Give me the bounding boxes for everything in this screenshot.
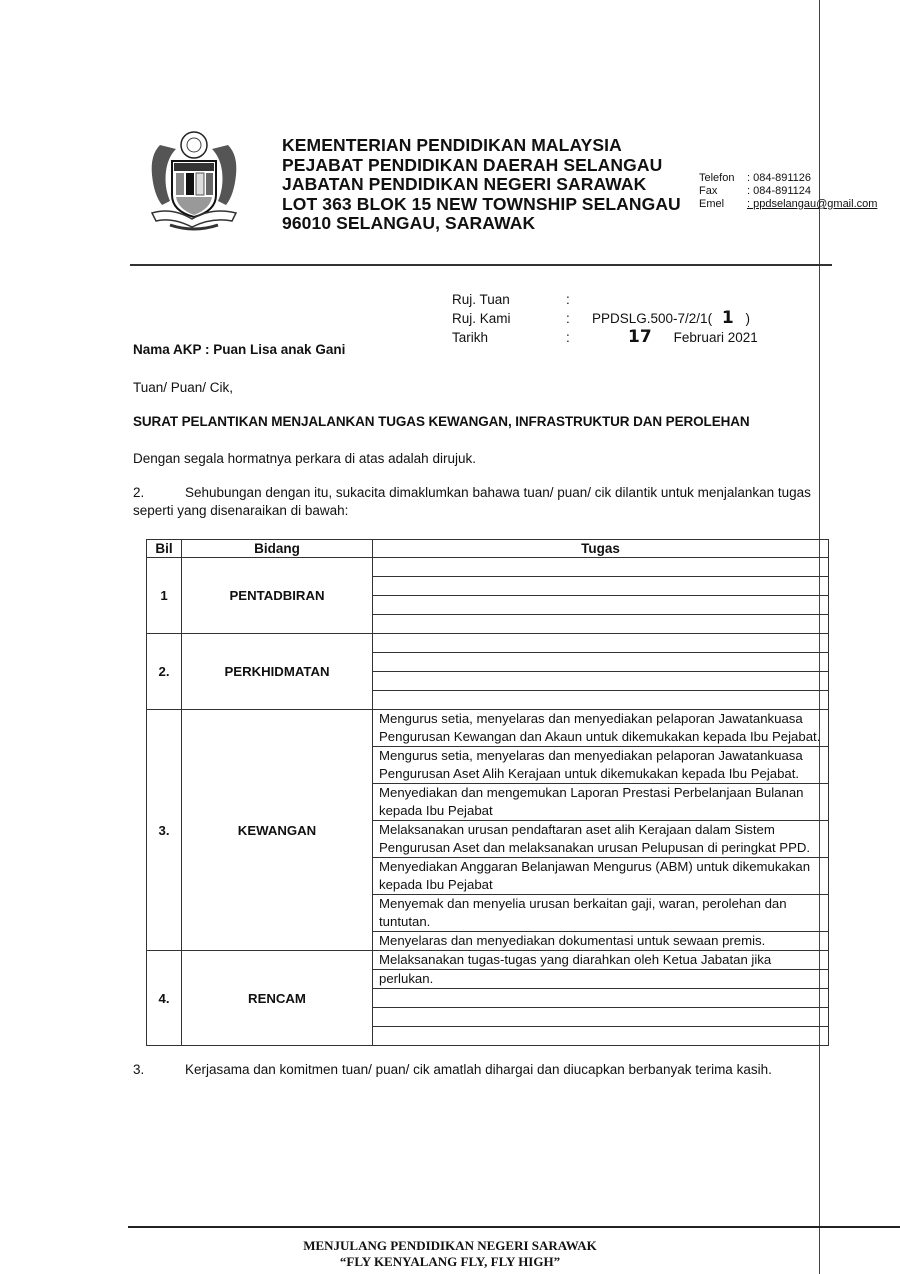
task-line: Menyediakan Anggaran Belanjawan Mengurus…: [379, 858, 822, 876]
task-line: kepada Ibu Pejabat: [379, 876, 822, 894]
email-label: Emel: [699, 198, 747, 211]
blank-line: [373, 1008, 828, 1027]
task-line: Pengurusan Kewangan dan Akaun untuk dike…: [379, 728, 822, 746]
blank-line: [373, 672, 828, 691]
header-tugas: Tugas: [373, 540, 829, 558]
footer-divider: [128, 1226, 900, 1228]
row-number: 1: [147, 558, 182, 634]
colon: :: [566, 328, 592, 347]
tarikh-label: Tarikh: [452, 328, 566, 347]
letter-subject: SURAT PELANTIKAN MENJALANKAN TUGAS KEWAN…: [133, 414, 750, 429]
row-bidang: PERKHIDMATAN: [182, 634, 373, 710]
phone-value: : 084-891126: [747, 172, 811, 185]
row-bidang: KEWANGAN: [182, 710, 373, 951]
table-row: 2. PERKHIDMATAN: [147, 634, 829, 710]
contact-block: Telefon: 084-891126 Fax: 084-891124 Emel…: [699, 172, 877, 211]
task-item: Mengurus setia, menyelaras dan menyediak…: [373, 710, 828, 747]
task-item: Mengurus setia, menyelaras dan menyediak…: [373, 747, 828, 784]
table-row: 4. RENCAM Melaksanakan tugas-tugas yang …: [147, 951, 829, 1046]
row-bidang: RENCAM: [182, 951, 373, 1046]
task-item: Menyediakan dan mengemukan Laporan Prest…: [373, 784, 828, 821]
blank-line: [373, 558, 828, 577]
task-line: Pengurusan Aset Alih Kerajaan untuk dike…: [379, 765, 822, 783]
task-line: tuntutan.: [379, 913, 822, 931]
motto-line-2: “FLY KENYALANG FLY, FLY HIGH”: [0, 1254, 900, 1270]
row-tugas: Melaksanakan tugas-tugas yang diarahkan …: [373, 951, 829, 1046]
header-bil: Bil: [147, 540, 182, 558]
paragraph-3: 3.Kerjasama dan komitmen tuan/ puan/ cik…: [133, 1062, 772, 1077]
row-tugas: Mengurus setia, menyelaras dan menyediak…: [373, 710, 829, 951]
blank-line: [373, 596, 828, 615]
blank-line: [373, 691, 828, 709]
table-header-row: Bil Bidang Tugas: [147, 540, 829, 558]
table-row: 1 PENTADBIRAN: [147, 558, 829, 634]
task-line: kepada Ibu Pejabat: [379, 802, 822, 820]
month-year: Februari 2021: [674, 328, 758, 347]
paragraph-text: Sehubungan dengan itu, sukacita dimaklum…: [133, 485, 811, 518]
agency-line: LOT 363 BLOK 15 NEW TOWNSHIP SELANGAU: [282, 195, 681, 215]
task-item: Menyemak dan menyelia urusan berkaitan g…: [373, 895, 828, 932]
task-item: Menyediakan Anggaran Belanjawan Mengurus…: [373, 858, 828, 895]
row-number: 2.: [147, 634, 182, 710]
agency-line: 96010 SELANGAU, SARAWAK: [282, 214, 681, 234]
fax-value: : 084-891124: [747, 185, 811, 198]
task-line: perlukan.: [373, 970, 828, 989]
blank-line: [373, 615, 828, 633]
row-tugas: [373, 634, 829, 710]
intro-paragraph: Dengan segala hormatnya perkara di atas …: [133, 451, 476, 466]
email-link[interactable]: : ppdselangau@gmail.com: [747, 198, 877, 211]
task-item: Menyelaras dan menyediakan dokumentasi u…: [373, 932, 828, 950]
task-line: Menyediakan dan mengemukan Laporan Prest…: [379, 784, 822, 802]
blank-line: [373, 634, 828, 653]
paragraph-text: Kerjasama dan komitmen tuan/ puan/ cik a…: [185, 1062, 772, 1077]
header-divider: [130, 264, 832, 266]
fax-label: Fax: [699, 185, 747, 198]
ref-prefix: PPDSLG.500-7/2/1(: [592, 311, 712, 326]
task-line: Menyelaras dan menyediakan dokumentasi u…: [379, 932, 822, 950]
task-line: Melaksanakan tugas-tugas yang diarahkan …: [373, 951, 828, 970]
task-line: Menyemak dan menyelia urusan berkaitan g…: [379, 895, 822, 913]
colon: :: [566, 309, 592, 328]
task-line: Mengurus setia, menyelaras dan menyediak…: [379, 747, 822, 765]
task-line: Pengurusan Aset dan melaksanakan urusan …: [379, 839, 822, 857]
agency-line: PEJABAT PENDIDIKAN DAERAH SELANGAU: [282, 156, 681, 176]
table-row: 3. KEWANGAN Mengurus setia, menyelaras d…: [147, 710, 829, 951]
row-number: 3.: [147, 710, 182, 951]
blank-line: [373, 653, 828, 672]
header-bidang: Bidang: [182, 540, 373, 558]
colon: :: [566, 290, 592, 309]
agency-address: KEMENTERIAN PENDIDIKAN MALAYSIA PEJABAT …: [282, 136, 681, 234]
blank-line: [373, 1027, 828, 1045]
row-bidang: PENTADBIRAN: [182, 558, 373, 634]
task-table: Bil Bidang Tugas 1 PENTADBIRAN 2. PERKHI…: [146, 539, 829, 1046]
handwritten-ref-number: 1: [722, 308, 734, 328]
salutation: Tuan/ Puan/ Cik,: [133, 380, 233, 395]
row-number: 4.: [147, 951, 182, 1046]
task-line: Mengurus setia, menyelaras dan menyediak…: [379, 710, 822, 728]
ruj-kami-label: Ruj. Kami: [452, 309, 566, 328]
ref-suffix: ): [745, 311, 750, 326]
motto-line-1: MENJULANG PENDIDIKAN NEGERI SARAWAK: [0, 1238, 900, 1254]
blank-line: [373, 577, 828, 596]
ruj-kami-value: PPDSLG.500-7/2/1( 1 ): [592, 309, 750, 328]
reference-block: Ruj. Tuan : Ruj. Kami : PPDSLG.500-7/2/1…: [452, 290, 758, 347]
row-tugas: [373, 558, 829, 634]
footer-motto: MENJULANG PENDIDIKAN NEGERI SARAWAK “FLY…: [0, 1238, 900, 1270]
blank-line: [373, 989, 828, 1008]
coat-of-arms-icon: [140, 125, 248, 235]
phone-label: Telefon: [699, 172, 747, 185]
recipient-name: Nama AKP : Puan Lisa anak Gani: [133, 342, 345, 357]
handwritten-day: 17: [628, 328, 652, 347]
ruj-tuan-label: Ruj. Tuan: [452, 290, 566, 309]
agency-line: JABATAN PENDIDIKAN NEGERI SARAWAK: [282, 175, 681, 195]
tarikh-value: 17 Februari 2021: [592, 328, 758, 347]
paragraph-number: 3.: [133, 1062, 185, 1077]
agency-line: KEMENTERIAN PENDIDIKAN MALAYSIA: [282, 136, 681, 156]
paragraph-number: 2.: [133, 484, 185, 502]
paragraph-2: 2.Sehubungan dengan itu, sukacita dimakl…: [133, 484, 833, 520]
task-item: Melaksanakan urusan pendaftaran aset ali…: [373, 821, 828, 858]
task-line: Melaksanakan urusan pendaftaran aset ali…: [379, 821, 822, 839]
